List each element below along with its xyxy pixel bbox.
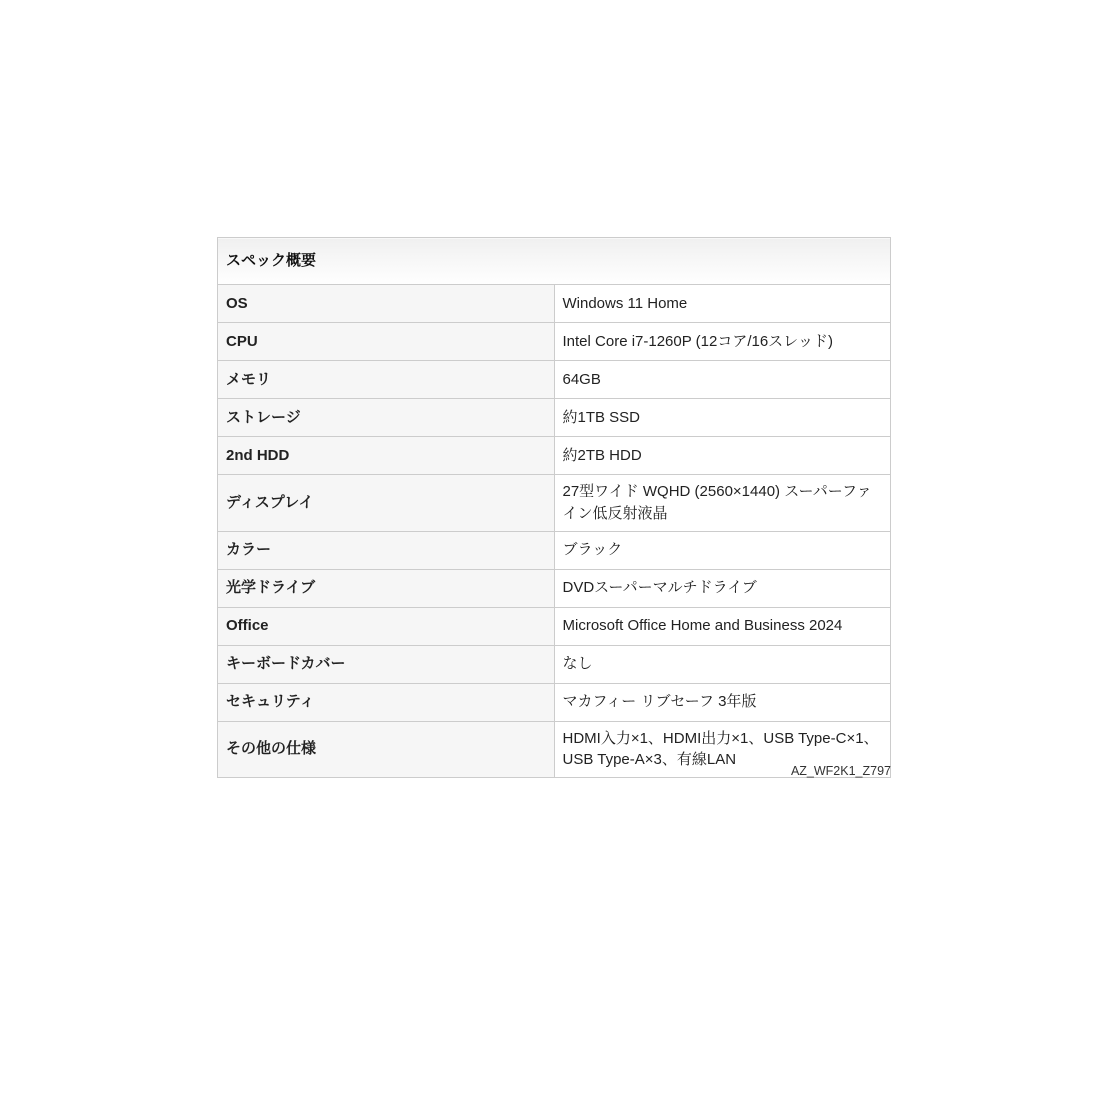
table-row: キーボードカバー なし [218, 645, 891, 683]
spec-value-security: マカフィー リブセーフ 3年版 [554, 683, 891, 721]
spec-table: スペック概要 OS Windows 11 Home CPU Intel Core… [217, 237, 891, 778]
spec-label-security: セキュリティ [218, 683, 555, 721]
spec-label-memory: メモリ [218, 361, 555, 399]
spec-label-optical-drive: 光学ドライブ [218, 569, 555, 607]
spec-value-keyboard-cover: なし [554, 645, 891, 683]
page: スペック概要 OS Windows 11 Home CPU Intel Core… [0, 0, 1100, 1100]
spec-table-title: スペック概要 [218, 238, 891, 285]
spec-table-header-row: スペック概要 [218, 238, 891, 285]
spec-value-2nd-hdd: 約2TB HDD [554, 437, 891, 475]
spec-label-color: カラー [218, 531, 555, 569]
spec-label-2nd-hdd: 2nd HDD [218, 437, 555, 475]
image-code-caption: AZ_WF2K1_Z797 [217, 764, 891, 778]
spec-value-office: Microsoft Office Home and Business 2024 [554, 607, 891, 645]
spec-label-office: Office [218, 607, 555, 645]
table-row: セキュリティ マカフィー リブセーフ 3年版 [218, 683, 891, 721]
spec-value-cpu: Intel Core i7-1260P (12コア/16スレッド) [554, 323, 891, 361]
table-row: カラー ブラック [218, 531, 891, 569]
table-row: 2nd HDD 約2TB HDD [218, 437, 891, 475]
table-row: CPU Intel Core i7-1260P (12コア/16スレッド) [218, 323, 891, 361]
table-row: メモリ 64GB [218, 361, 891, 399]
table-row: Office Microsoft Office Home and Busines… [218, 607, 891, 645]
spec-value-memory: 64GB [554, 361, 891, 399]
spec-label-os: OS [218, 285, 555, 323]
table-row: 光学ドライブ DVDスーパーマルチドライブ [218, 569, 891, 607]
spec-label-cpu: CPU [218, 323, 555, 361]
table-row: OS Windows 11 Home [218, 285, 891, 323]
spec-value-color: ブラック [554, 531, 891, 569]
spec-value-optical-drive: DVDスーパーマルチドライブ [554, 569, 891, 607]
spec-value-os: Windows 11 Home [554, 285, 891, 323]
spec-value-display: 27型ワイド WQHD (2560×1440) スーパーファイン低反射液晶 [554, 475, 891, 532]
spec-label-storage: ストレージ [218, 399, 555, 437]
spec-label-keyboard-cover: キーボードカバー [218, 645, 555, 683]
table-row: ストレージ 約1TB SSD [218, 399, 891, 437]
table-row: ディスプレイ 27型ワイド WQHD (2560×1440) スーパーファイン低… [218, 475, 891, 532]
spec-value-storage: 約1TB SSD [554, 399, 891, 437]
spec-label-display: ディスプレイ [218, 475, 555, 532]
